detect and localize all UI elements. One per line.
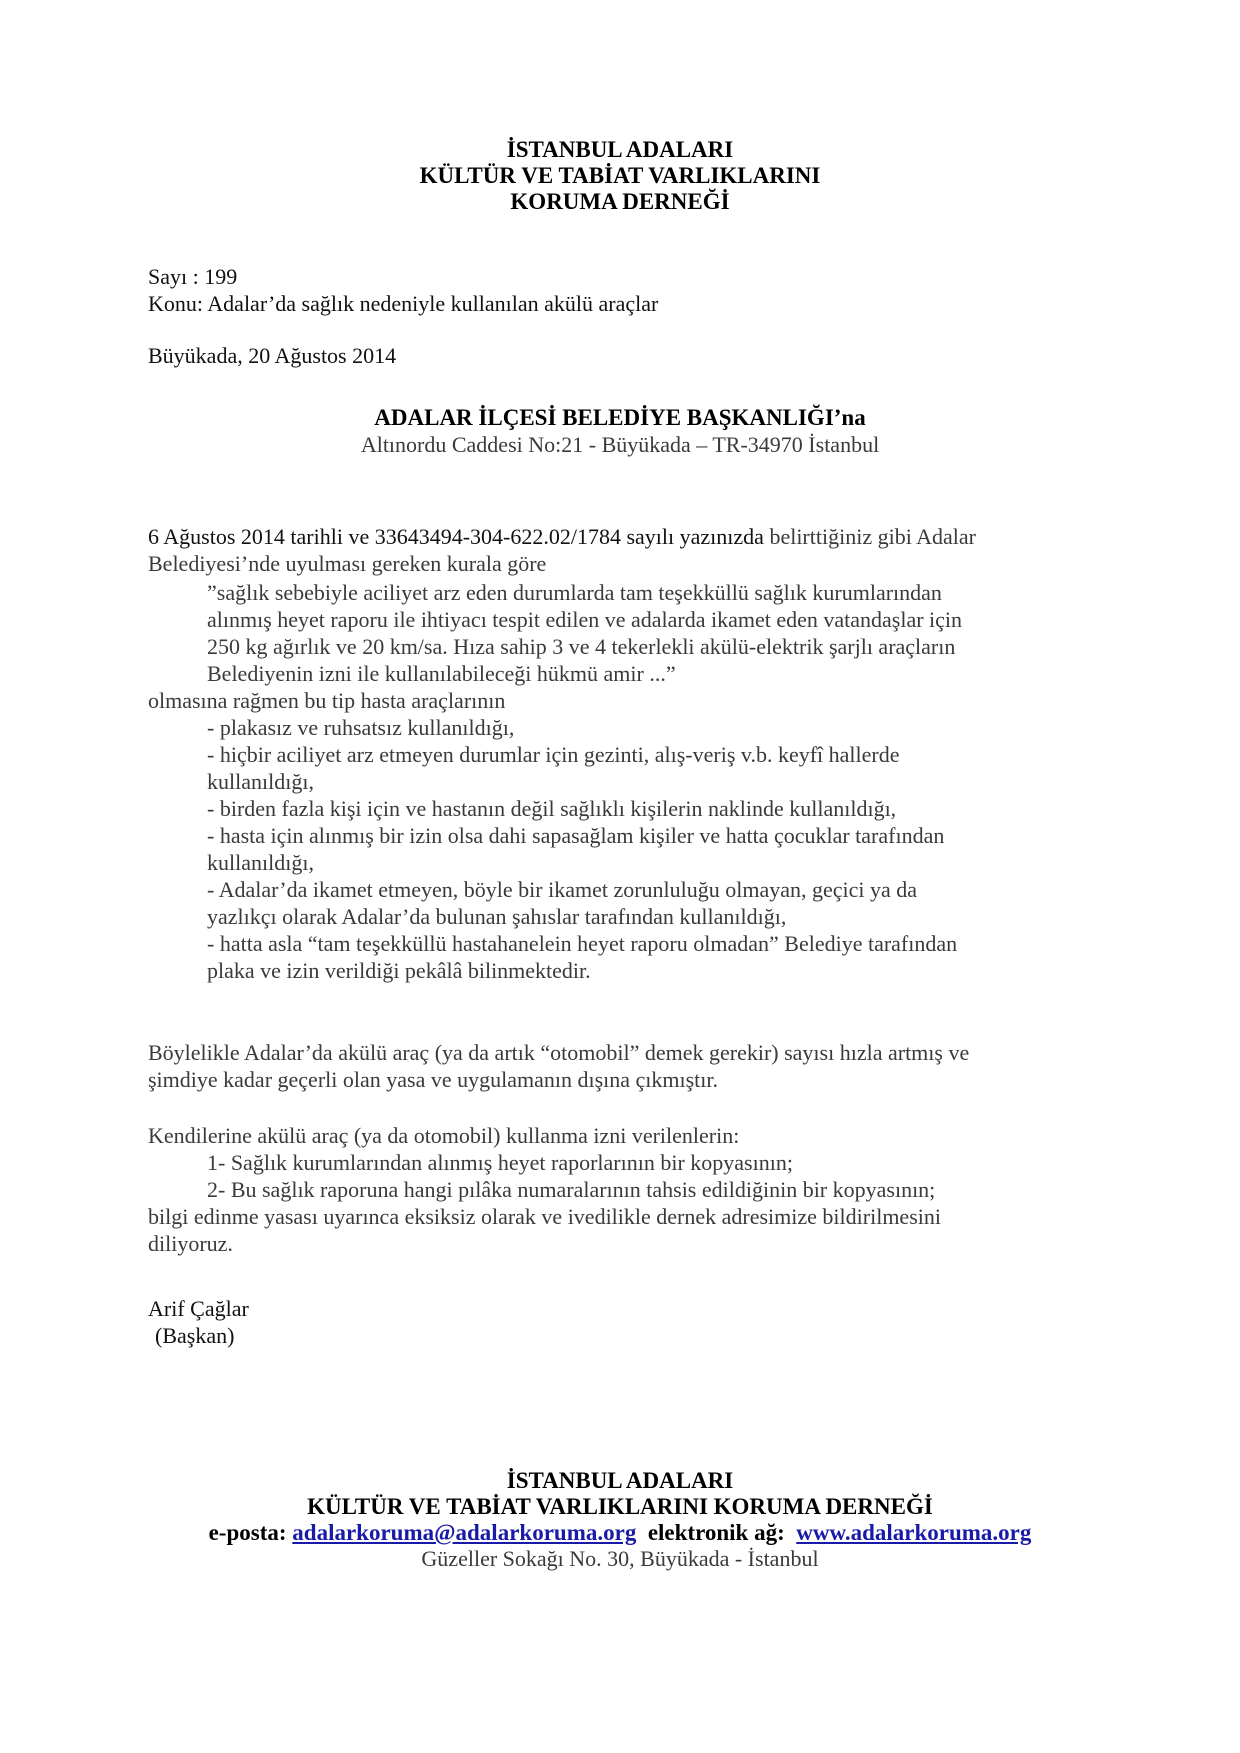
intro-reference: 6 Ağustos 2014 tarihli ve 33643494-304-6… xyxy=(148,524,764,549)
quote-line: alınmış heyet raporu ile ihtiyacı tespit… xyxy=(207,605,962,634)
email-link[interactable]: adalarkoruma@adalarkoruma.org xyxy=(292,1520,636,1545)
bullet-line: - hatta asla “tam teşekküllü hastahanele… xyxy=(207,929,957,958)
recipient-name: ADALAR İLÇESİ BELEDİYE BAŞKANLIĞI’na xyxy=(0,403,1240,432)
recipient-address: Altınordu Caddesi No:21 - Büyükada – TR-… xyxy=(0,430,1240,459)
document-subject: Konu: Adalar’da sağlık nedeniyle kullanı… xyxy=(148,289,658,318)
bullet-line: plaka ve izin verildiği pekâlâ bilinmekt… xyxy=(207,956,591,985)
org-name-line-1: İSTANBUL ADALARI xyxy=(0,135,1240,164)
bullet-line: - plakasız ve ruhsatsız kullanıldığı, xyxy=(207,713,514,742)
footer-org-line-1: İSTANBUL ADALARI xyxy=(0,1466,1240,1495)
footer-address: Güzeller Sokağı No. 30, Büyükada - İstan… xyxy=(0,1544,1240,1573)
bullet-line: - birden fazla kişi için ve hastanın değ… xyxy=(207,794,896,823)
closing-line: bilgi edinme yasası uyarınca eksiksiz ol… xyxy=(148,1202,941,1231)
closing-line: diliyoruz. xyxy=(148,1229,233,1258)
bullet-line: - Adalar’da ikamet etmeyen, böyle bir ik… xyxy=(207,875,917,904)
paragraph-2-line: şimdiye kadar geçerli olan yasa ve uygul… xyxy=(148,1065,718,1094)
email-label: e-posta: xyxy=(209,1520,287,1545)
despite-line: olmasına rağmen bu tip hasta araçlarının xyxy=(148,686,505,715)
footer-contact-line: e-posta: adalarkoruma@adalarkoruma.org e… xyxy=(0,1518,1240,1547)
paragraph-2-line: Böylelikle Adalar’da akülü araç (ya da a… xyxy=(148,1038,969,1067)
request-item: 2- Bu sağlık raporuna hangi pılâka numar… xyxy=(207,1175,935,1204)
bullet-line: kullanıldığı, xyxy=(207,848,314,877)
request-item: 1- Sağlık kurumlarından alınmış heyet ra… xyxy=(207,1148,793,1177)
bullet-line: - hasta için alınmış bir izin olsa dahi … xyxy=(207,821,944,850)
web-label: elektronik ağ: xyxy=(648,1520,785,1545)
quote-line: ”sağlık sebebiyle aciliyet arz eden duru… xyxy=(207,578,942,607)
signature-title: (Başkan) xyxy=(155,1321,234,1350)
website-link[interactable]: www.adalarkoruma.org xyxy=(796,1520,1031,1545)
document-number: Sayı : 199 xyxy=(148,262,237,291)
intro-line-1: 6 Ağustos 2014 tarihli ve 33643494-304-6… xyxy=(148,522,976,551)
signature-name: Arif Çağlar xyxy=(148,1294,249,1323)
footer-org-line-2: KÜLTÜR VE TABİAT VARLIKLARINI KORUMA DER… xyxy=(0,1492,1240,1521)
intro-rest: belirttiğiniz gibi Adalar xyxy=(764,524,976,549)
place-date: Büyükada, 20 Ağustos 2014 xyxy=(148,341,396,370)
org-name-line-3: KORUMA DERNEĞİ xyxy=(0,187,1240,216)
bullet-line: yazlıkçı olarak Adalar’da bulunan şahısl… xyxy=(207,902,786,931)
quote-line: Belediyenin izni ile kullanılabileceği h… xyxy=(207,659,676,688)
request-intro: Kendilerine akülü araç (ya da otomobil) … xyxy=(148,1121,739,1150)
bullet-line: kullanıldığı, xyxy=(207,767,314,796)
quote-line: 250 kg ağırlık ve 20 km/sa. Hıza sahip 3… xyxy=(207,632,955,661)
letter-page: İSTANBUL ADALARI KÜLTÜR VE TABİAT VARLIK… xyxy=(0,0,1240,1753)
bullet-line: - hiçbir aciliyet arz etmeyen durumlar i… xyxy=(207,740,900,769)
org-name-line-2: KÜLTÜR VE TABİAT VARLIKLARINI xyxy=(0,161,1240,190)
intro-line-2: Belediyesi’nde uyulması gereken kurala g… xyxy=(148,549,546,578)
